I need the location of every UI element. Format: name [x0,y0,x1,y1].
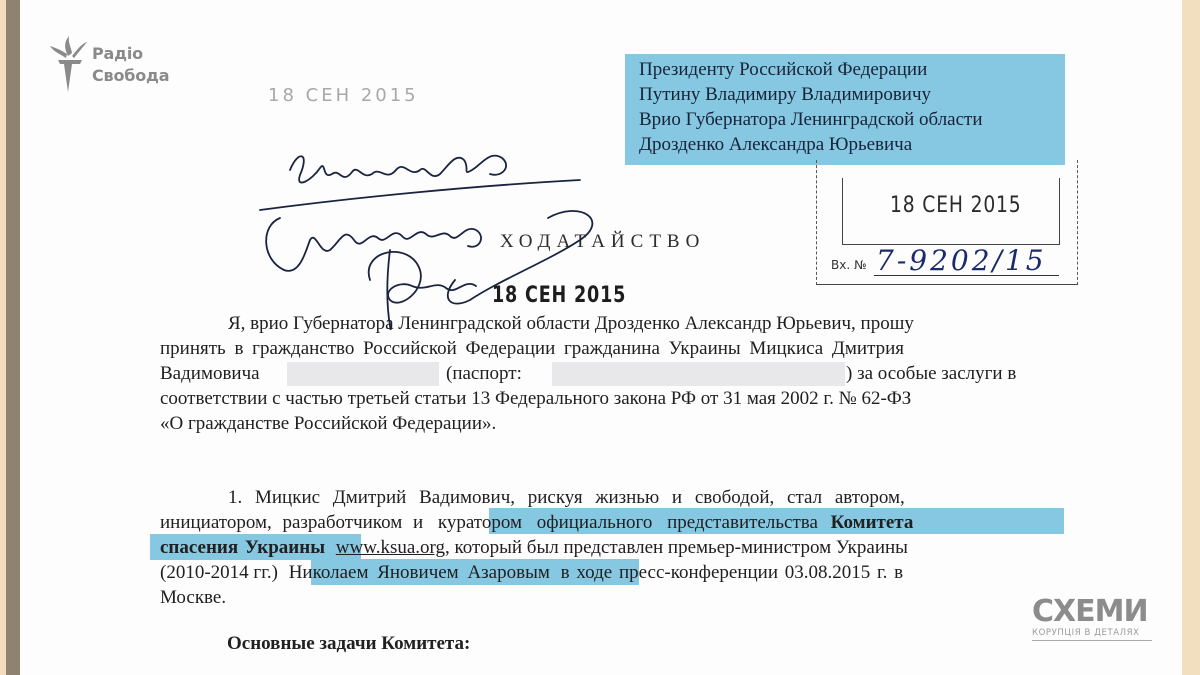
paragraph-1-line-1: Я, врио Губернатора Ленинградской област… [228,312,914,336]
addressee-line: Дрозденко Александра Юрьевича [639,134,912,156]
incoming-number-label: Вх. № [831,258,866,272]
incoming-number: 7-9202/15 [876,244,1047,277]
paragraph-1-line-3-end: ) за особые заслуги в [846,362,1016,386]
paragraph-1-line-3-mid: (паспорт: [446,362,522,386]
addressee-line: Президенту Российской Федерации [639,59,927,81]
radio-logo-line2: Свобода [92,65,169,87]
scan-edge-right [1182,0,1200,675]
schemy-logo: СХЕМИ КОРУПЦІЯ В ДЕТАЛЯХ [1032,596,1152,641]
paragraph-2-line-2-bold: Комитета [831,512,914,533]
paragraph-2-line-4-end: в ходе пресс-конференции 03.08.2015 г. в [561,562,903,583]
torch-icon [50,34,88,94]
paragraph-2-line-2-plain: инициатором, разработчиком и [160,512,423,533]
schemy-logo-title: СХЕМИ [1032,596,1152,628]
paragraph-2-line-4-start: (2010-2014 гг.) [160,562,278,583]
paragraph-2-line-1: 1. Мицкис Дмитрий Вадимович, рискуя жизн… [228,486,905,510]
schemy-logo-subtitle: КОРУПЦІЯ В ДЕТАЛЯХ [1032,628,1152,641]
paragraph-2-line-4: (2010-2014 гг.) Николаем Яновичем Азаров… [160,561,903,585]
paragraph-1-line-5: «О гражданстве Российской Федерации». [160,412,496,436]
document-title: ХОДАТАЙСТВО [500,231,705,253]
faint-stamp-date: 18 СЕН 2015 [268,85,419,106]
paragraph-1-line-2: принять в гражданство Российской Федерац… [160,337,1062,361]
section-subheading: Основные задачи Комитета: [227,633,470,655]
radio-svoboda-logo: Радіо Свобода [50,34,190,94]
addressee-line: Врио Губернатора Ленинградской области [639,109,983,131]
committee-name: спасения Украины [160,537,325,558]
paragraph-2-line-3-rest: , который был представлен премьер-минист… [445,537,908,558]
paragraph-2-line-5: Москве. [160,586,226,610]
paragraph-2-line-4-highlight: Николаем Яновичем Азаровым [289,562,550,583]
paragraph-2-line-2: инициатором, разработчиком и куратором о… [160,511,913,535]
paragraph-2-line-3: спасения Украины www.ksua.org, который б… [160,536,908,560]
radio-logo-line1: Радіо [92,43,169,65]
paragraph-1-line-3-start: Вадимовича [160,362,260,386]
redacted-birthdate [287,362,439,386]
paragraph-2-line-2-highlight: куратором официального представительства [438,512,818,533]
scan-edge-shadow [6,0,20,675]
addressee-line: Путину Владимиру Владимировичу [639,84,931,106]
addressee-block: Президенту Российской Федерации Путину В… [625,54,1065,165]
ksua-link[interactable]: www.ksua.org [336,537,445,558]
incoming-number-underline [874,275,1059,276]
registration-stamp-date: 18 СЕН 2015 [890,193,1022,218]
paragraph-1-line-4: соответствии с частью третьей статьи 13 … [160,387,911,411]
paragraph-1-line-2-text: принять в гражданство Российской Федерац… [160,337,904,361]
redacted-passport [552,362,845,386]
title-stamp-date: 18 СЕН 2015 [492,283,626,308]
